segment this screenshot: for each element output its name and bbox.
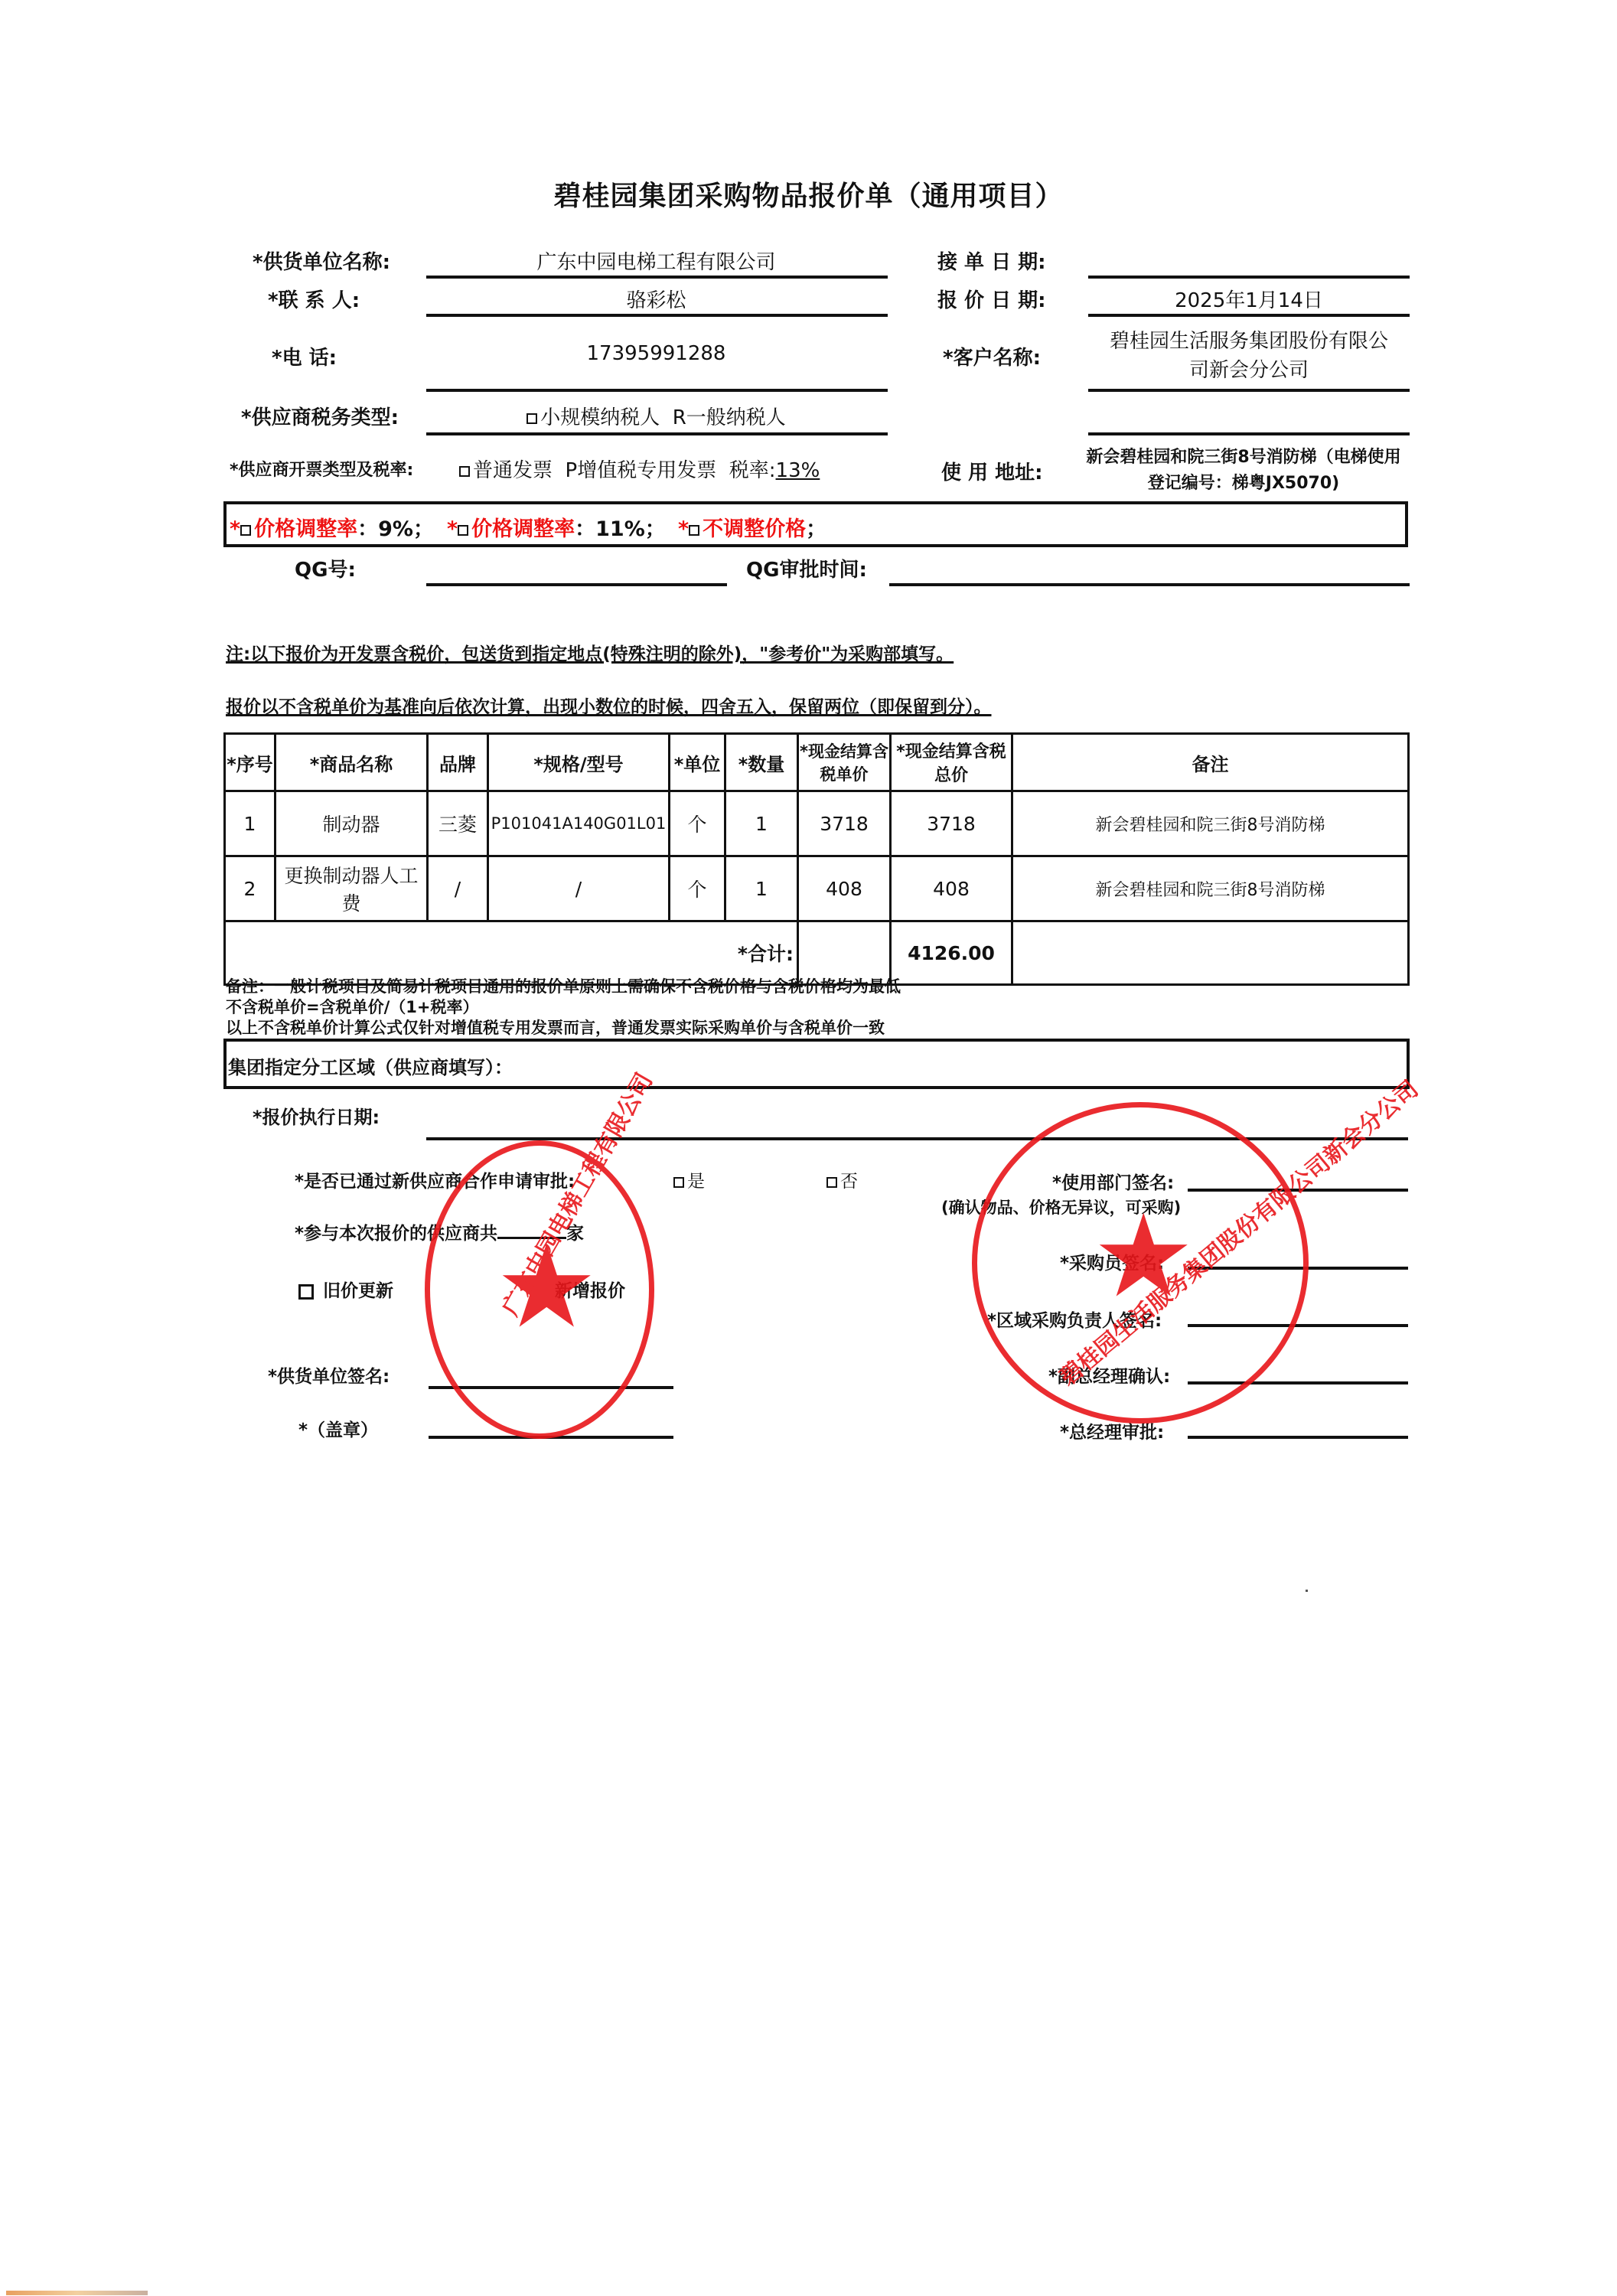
supplier-company-stamp: ★ 广东中园电梯工程有限公司 xyxy=(425,1140,654,1439)
supplier-sign-label: *供货单位签名: xyxy=(268,1362,390,1388)
contact-value: 骆彩松 xyxy=(425,285,888,313)
normal-invoice-label: 普通发票 xyxy=(473,459,553,482)
address-line1: 新会碧桂园和院三街8号消防梯（电梯使用 xyxy=(1071,444,1416,468)
gm-approval-field[interactable] xyxy=(1188,1436,1408,1439)
customer-underline xyxy=(1088,389,1410,392)
price-adjust-option-1[interactable]: *价格调整率：9%； xyxy=(230,512,434,542)
bottom-note-3: 以上不含税单价计算公式仅针对增值税专用发票而言，普通发票实际采购单价与含税单价一… xyxy=(226,1016,885,1039)
qg-approval-time-label: QG审批时间: xyxy=(746,554,867,582)
bottom-note-2: 不含税单价=含税单价/（1+税率） xyxy=(226,995,478,1018)
normal-invoice-checkbox[interactable] xyxy=(459,466,470,477)
row-qty: 1 xyxy=(725,856,798,921)
header-unit-price: *现金结算含税单价 xyxy=(798,734,891,791)
approval-no-option[interactable]: 否 xyxy=(826,1167,858,1192)
special-invoice-label: P增值税专用发票 xyxy=(566,459,717,482)
row-unit: 个 xyxy=(670,791,725,856)
row-brand: / xyxy=(428,856,488,921)
quote-date-label: 报 价 日 期: xyxy=(937,285,1046,313)
total-value: 4126.00 xyxy=(891,921,1012,985)
order-date-label: 接 单 日 期: xyxy=(937,246,1046,275)
phone-underline xyxy=(426,389,888,392)
quote-table: *序号 *商品名称 品牌 *规格/型号 *单位 *数量 *现金结算含税单价 *现… xyxy=(223,732,1410,986)
table-row: 2 更换制动器人工费 / / 个 1 408 408 新会碧桂园和院三街8号消防… xyxy=(225,856,1409,921)
group-area-box[interactable]: 集团指定分工区域（供应商填写）： xyxy=(223,1039,1410,1089)
tax-rate-label: 税率: xyxy=(729,459,776,482)
seal-label: *（盖章） xyxy=(298,1416,378,1441)
page-title: 碧桂园集团采购物品报价单（通用项目） xyxy=(0,174,1617,214)
small-taxpayer-checkbox[interactable] xyxy=(527,413,537,424)
row-remark: 新会碧桂园和院三街8号消防梯 xyxy=(1012,791,1409,856)
price-adjust-option-2[interactable]: *价格调整率：11%； xyxy=(447,512,666,542)
contact-underline xyxy=(426,314,888,317)
supplier-name-label: *供货单位名称: xyxy=(253,246,390,275)
header-no: *序号 xyxy=(225,734,275,791)
header-qty: *数量 xyxy=(725,734,798,791)
customer-value-line1: 碧桂园生活服务集团股份有限公 xyxy=(1088,325,1410,354)
customer-label: *客户名称: xyxy=(943,342,1041,370)
tax-rate-value: 13% xyxy=(776,459,820,482)
small-taxpayer-label: 小规模纳税人 xyxy=(540,406,660,429)
address-label: 使 用 地址: xyxy=(941,457,1043,485)
bottom-note-1: 备注：一般计税项目及简易计税项目通用的报价单原则上需确保不含税价格与含税价格均为… xyxy=(226,974,901,997)
note-line-1: 注:以下报价为开发票含税价，包送货到指定地点(特殊注明的除外)，"参考价"为采购… xyxy=(226,640,954,665)
qg-number-field[interactable] xyxy=(426,583,727,586)
supplier-name-underline xyxy=(426,276,888,279)
contact-label: *联 系 人: xyxy=(268,285,360,313)
yes-checkbox xyxy=(673,1177,684,1188)
row-remark: 新会碧桂园和院三街8号消防梯 xyxy=(1012,856,1409,921)
invoice-type-value: 普通发票 P增值税专用发票 税率:13% xyxy=(459,455,820,483)
supplier-name-value: 广东中园电梯工程有限公司 xyxy=(425,246,888,275)
header-unit: *单位 xyxy=(670,734,725,791)
row-total: 408 xyxy=(891,856,1012,921)
customer-value-line2: 司新会分公司 xyxy=(1088,354,1410,383)
row-spec: / xyxy=(488,856,670,921)
old-price-checkbox xyxy=(298,1284,314,1300)
tax-type-label: *供应商税务类型: xyxy=(241,402,399,430)
order-date-underline xyxy=(1088,276,1410,279)
row-qty: 1 xyxy=(725,791,798,856)
row-spec: P101041A140G01L01 xyxy=(488,791,670,856)
row-unit-price: 3718 xyxy=(798,791,891,856)
row-brand: 三菱 xyxy=(428,791,488,856)
row-unit: 个 xyxy=(670,856,725,921)
qg-approval-time-field[interactable] xyxy=(889,583,1410,586)
row-name: 制动器 xyxy=(275,791,428,856)
row-total: 3718 xyxy=(891,791,1012,856)
approval-yes-option[interactable]: 是 xyxy=(673,1167,705,1192)
note-line-2: 报价以不含税单价为基准向后依次计算，出现小数位的时候，四舍五入，保留两位（即保留… xyxy=(226,693,992,718)
phone-label: *电 话: xyxy=(272,342,337,370)
right-blank-underline xyxy=(1088,432,1410,435)
invoice-type-label: *供应商开票类型及税率: xyxy=(230,457,413,481)
exec-date-field[interactable] xyxy=(426,1137,1408,1140)
quote-date-underline xyxy=(1088,314,1410,317)
scan-artifact xyxy=(6,2291,148,2295)
group-area-label: 集团指定分工区域（供应商填写）： xyxy=(228,1052,513,1079)
phone-value: 17395991288 xyxy=(425,342,888,365)
tax-type-value: 小规模纳税人 R一般纳税人 xyxy=(425,402,888,430)
address-line2: 登记编号：梯粤JX5070) xyxy=(1071,470,1416,494)
old-price-update-option[interactable]: 旧价更新 xyxy=(298,1277,393,1302)
general-taxpayer-label: R一般纳税人 xyxy=(673,406,786,429)
qg-number-label: QG号: xyxy=(295,554,356,582)
scan-dot xyxy=(1306,1590,1308,1592)
exec-date-label: *报价执行日期: xyxy=(253,1102,380,1129)
table-row: 1 制动器 三菱 P101041A140G01L01 个 1 3718 3718… xyxy=(225,791,1409,856)
row-name: 更换制动器人工费 xyxy=(275,856,428,921)
total-remark-cell xyxy=(1012,921,1409,985)
table-header-row: *序号 *商品名称 品牌 *规格/型号 *单位 *数量 *现金结算含税单价 *现… xyxy=(225,734,1409,791)
row-no: 2 xyxy=(225,856,275,921)
row-unit-price: 408 xyxy=(798,856,891,921)
header-total: *现金结算含税总价 xyxy=(891,734,1012,791)
price-adjust-option-3[interactable]: *不调整价格； xyxy=(678,512,826,542)
price-adjust-box: *价格调整率：9%； *价格调整率：11%； *不调整价格； xyxy=(223,501,1408,547)
header-remark: 备注 xyxy=(1012,734,1409,791)
tax-type-underline xyxy=(426,432,888,435)
row-no: 1 xyxy=(225,791,275,856)
customer-company-stamp: ★ 碧桂园生活服务集团股份有限公司新会分公司 xyxy=(972,1102,1309,1424)
quote-date-value: 2025年1月14日 xyxy=(1088,285,1410,313)
no-checkbox xyxy=(826,1177,837,1188)
header-spec: *规格/型号 xyxy=(488,734,670,791)
header-brand: 品牌 xyxy=(428,734,488,791)
header-name: *商品名称 xyxy=(275,734,428,791)
